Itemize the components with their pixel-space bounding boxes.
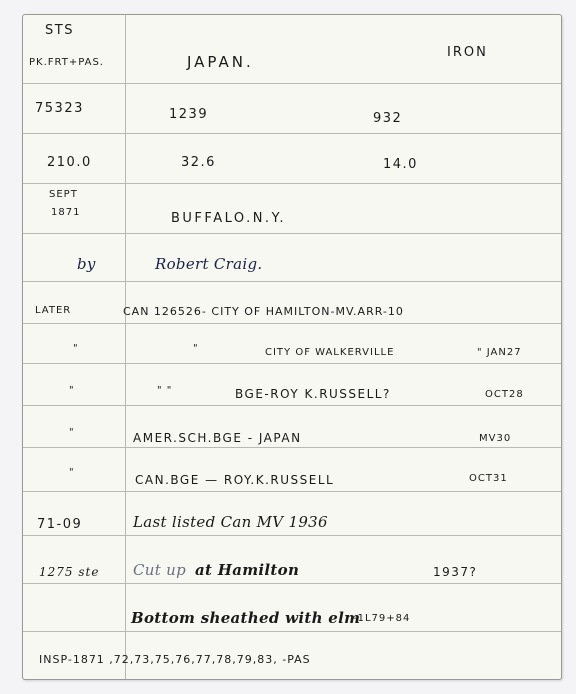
row-divider [23, 535, 561, 536]
row-divider [23, 323, 561, 324]
row-divider [23, 491, 561, 492]
build-year: 1871 [51, 207, 80, 218]
hull-material: IRON [447, 45, 488, 60]
official-number: 75323 [35, 101, 84, 116]
history-ditto-1: " [193, 343, 199, 354]
construction-note-ref: -1L79+84 [353, 613, 410, 624]
row-divider [23, 83, 561, 84]
history-date-4: OCT31 [469, 473, 508, 484]
row-divider [23, 233, 561, 234]
history-text-1: CITY OF WALKERVILLE [265, 347, 394, 358]
net-tonnage: 932 [373, 111, 402, 126]
scrapped-year: 1937? [433, 565, 477, 579]
history-date-1: " JAN27 [477, 347, 522, 358]
row-divider [23, 183, 561, 184]
build-month: SEPT [49, 189, 78, 200]
history-date-3: MV30 [479, 433, 511, 444]
row-divider [23, 631, 561, 632]
vessel-type-line1: STS [45, 23, 74, 38]
history-ditto-2: " " [157, 385, 172, 396]
beam: 32.6 [181, 155, 216, 170]
history-text-4: CAN.BGE — ROY.K.RUSSELL [135, 473, 334, 487]
scrapped-text-ink: at Hamilton [195, 561, 299, 579]
history-text-2: BGE-ROY K.RUSSELL? [235, 387, 391, 401]
ship-record-card: STS PK.FRT+PAS. JAPAN. IRON 75323 1239 9… [22, 14, 562, 680]
depth: 14.0 [383, 157, 418, 172]
builder-label: by [77, 255, 96, 273]
history-left-2: " [69, 385, 75, 396]
row-divider [23, 281, 561, 282]
history-left-0: LATER [35, 305, 71, 316]
row-divider [23, 583, 561, 584]
length: 210.0 [47, 155, 92, 170]
gross-tonnage: 1239 [169, 107, 208, 122]
history-text-0: CAN 126526- CITY OF HAMILTON-MV.ARR-10 [123, 305, 404, 318]
row-divider [23, 405, 561, 406]
build-place: BUFFALO.N.Y. [171, 211, 286, 226]
scrapped-text-pencil: Cut up [133, 561, 186, 579]
history-left-1: " [73, 343, 79, 354]
row-divider [23, 447, 561, 448]
column-divider [125, 15, 126, 679]
vessel-name: JAPAN. [187, 53, 254, 71]
last-listed-code: 71-09 [37, 517, 82, 532]
last-listed-text: Last listed Can MV 1936 [133, 513, 328, 531]
history-left-3: " [69, 427, 75, 438]
history-date-2: OCT28 [485, 389, 524, 400]
history-text-3: AMER.SCH.BGE - JAPAN [133, 431, 302, 445]
row-divider [23, 133, 561, 134]
row-divider [23, 363, 561, 364]
vessel-type-line2: PK.FRT+PAS. [29, 57, 104, 68]
construction-note: Bottom sheathed with elm [131, 609, 360, 627]
builder-name: Robert Craig. [155, 255, 262, 273]
inspection-record: INSP-1871 ,72,73,75,76,77,78,79,83, -PAS [39, 653, 311, 666]
scrapped-code: 1275 ste [39, 565, 99, 579]
history-left-4: " [69, 467, 75, 478]
